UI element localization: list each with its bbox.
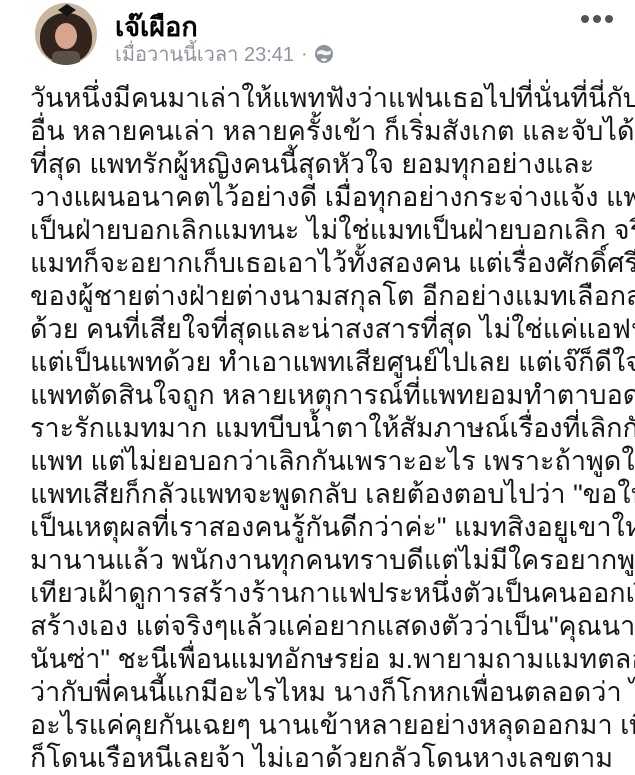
post-text-line: ก็โดนเรือหนีเลยจ้า ไม่เอาด้วยกลัวโดนหางเ… [30,742,615,775]
post-text-line: เป็นฝ่ายบอกเลิกแมทนะ ไม่ใช่แมทเป็นฝ่ายบอ… [30,214,615,247]
post-options-menu[interactable] [577,11,617,27]
post-text-line: สร้างเอง แต่จริงๆแล้วแค่อยากแสดงตัวว่าเป… [30,610,615,643]
dot-icon [581,15,589,23]
dot-icon [593,15,601,23]
post-text-line: วางแผนอนาคตไว้อย่างดี เมื่อทุกอย่างกระจ่… [30,181,615,214]
post-text-line: แพท แต่ไม่ยอบอกว่าเลิกกันเพราะอะไร เพราะ… [30,445,615,478]
post-text-line: มานานแล้ว พนักงานทุกคนทราบดีแต่ไม่มีใครอ… [30,544,615,577]
post-text-line: วันหนึ่งมีคนมาเล่าให้แพทฟังว่าแฟนเธอไปที… [30,82,615,115]
timestamp: เมื่อวานนี้เวลา 23:41 [115,38,294,70]
post-text-line: แต่เป็นแพทด้วย ทำเอาแพทเสียศูนย์ไปเลย แต… [30,346,615,379]
post-text-line: เทียวเฝ้าดูการสร้างร้านกาแฟประหนึ่งตัวเป… [30,577,615,610]
post-text-line: อื่น หลายคนเล่า หลายครั้งเข้า ก็เริ่มสัง… [30,115,615,148]
post-text-line: ราะรักแมทมาก แมทบีบน้ำตาให้สัมภาษณ์เรื่อ… [30,412,615,445]
avatar[interactable] [35,3,97,65]
avatar-bow [58,4,76,16]
post-header: เจ๊เผือก เมื่อวานนี้เวลา 23:41 · [0,0,635,72]
post-meta[interactable]: เมื่อวานนี้เวลา 23:41 · [115,38,333,70]
avatar-clothes [52,51,80,65]
post-text: วันหนึ่งมีคนมาเล่าให้แพทฟังว่าแฟนเธอไปที… [30,82,615,775]
post-text-line: แพทตัดสินใจถูก หลายเหตุการณ์ที่แพทยอมทำต… [30,379,615,412]
dot-icon [605,15,613,23]
post-text-line: ว่ากับพี่คนนี้แกมีอะไรไหม นางก็โกหกเพื่อ… [30,676,615,709]
post-text-line: แพทเสียก็กลัวแพทจะพูดกลับ เลยต้องตอบไปว่… [30,478,615,511]
avatar-face [55,23,77,49]
post-text-line: อะไรแค่คุยกันเฉยๆ นานเข้าหลายอย่างหลุดออ… [30,709,615,742]
post-text-line: เป็นเหตุผลที่เราสองคนรู้กันดีกว่าค่ะ" แม… [30,511,615,544]
post-text-line: แมทก็จะอยากเก็บเธอเอาไว้ทั้งสองคน แต่เรื… [30,247,615,280]
post-text-line: ของผู้ชายต่างฝ่ายต่างนามสกุลโต อีกอย่างแ… [30,280,615,313]
meta-separator: · [301,43,308,66]
post-text-line: ด้วย คนที่เสียใจที่สุดและน่าสงสารที่สุด … [30,313,615,346]
globe-icon [315,45,333,63]
post-text-line: ที่สุด แพทรักผู้หญิงคนนี้สุดหัวใจ ยอมทุก… [30,148,615,181]
post-text-line: นันซ่า" ชะนีเพื่อนแมทอักษรย่อ ม.พายามถาม… [30,643,615,676]
